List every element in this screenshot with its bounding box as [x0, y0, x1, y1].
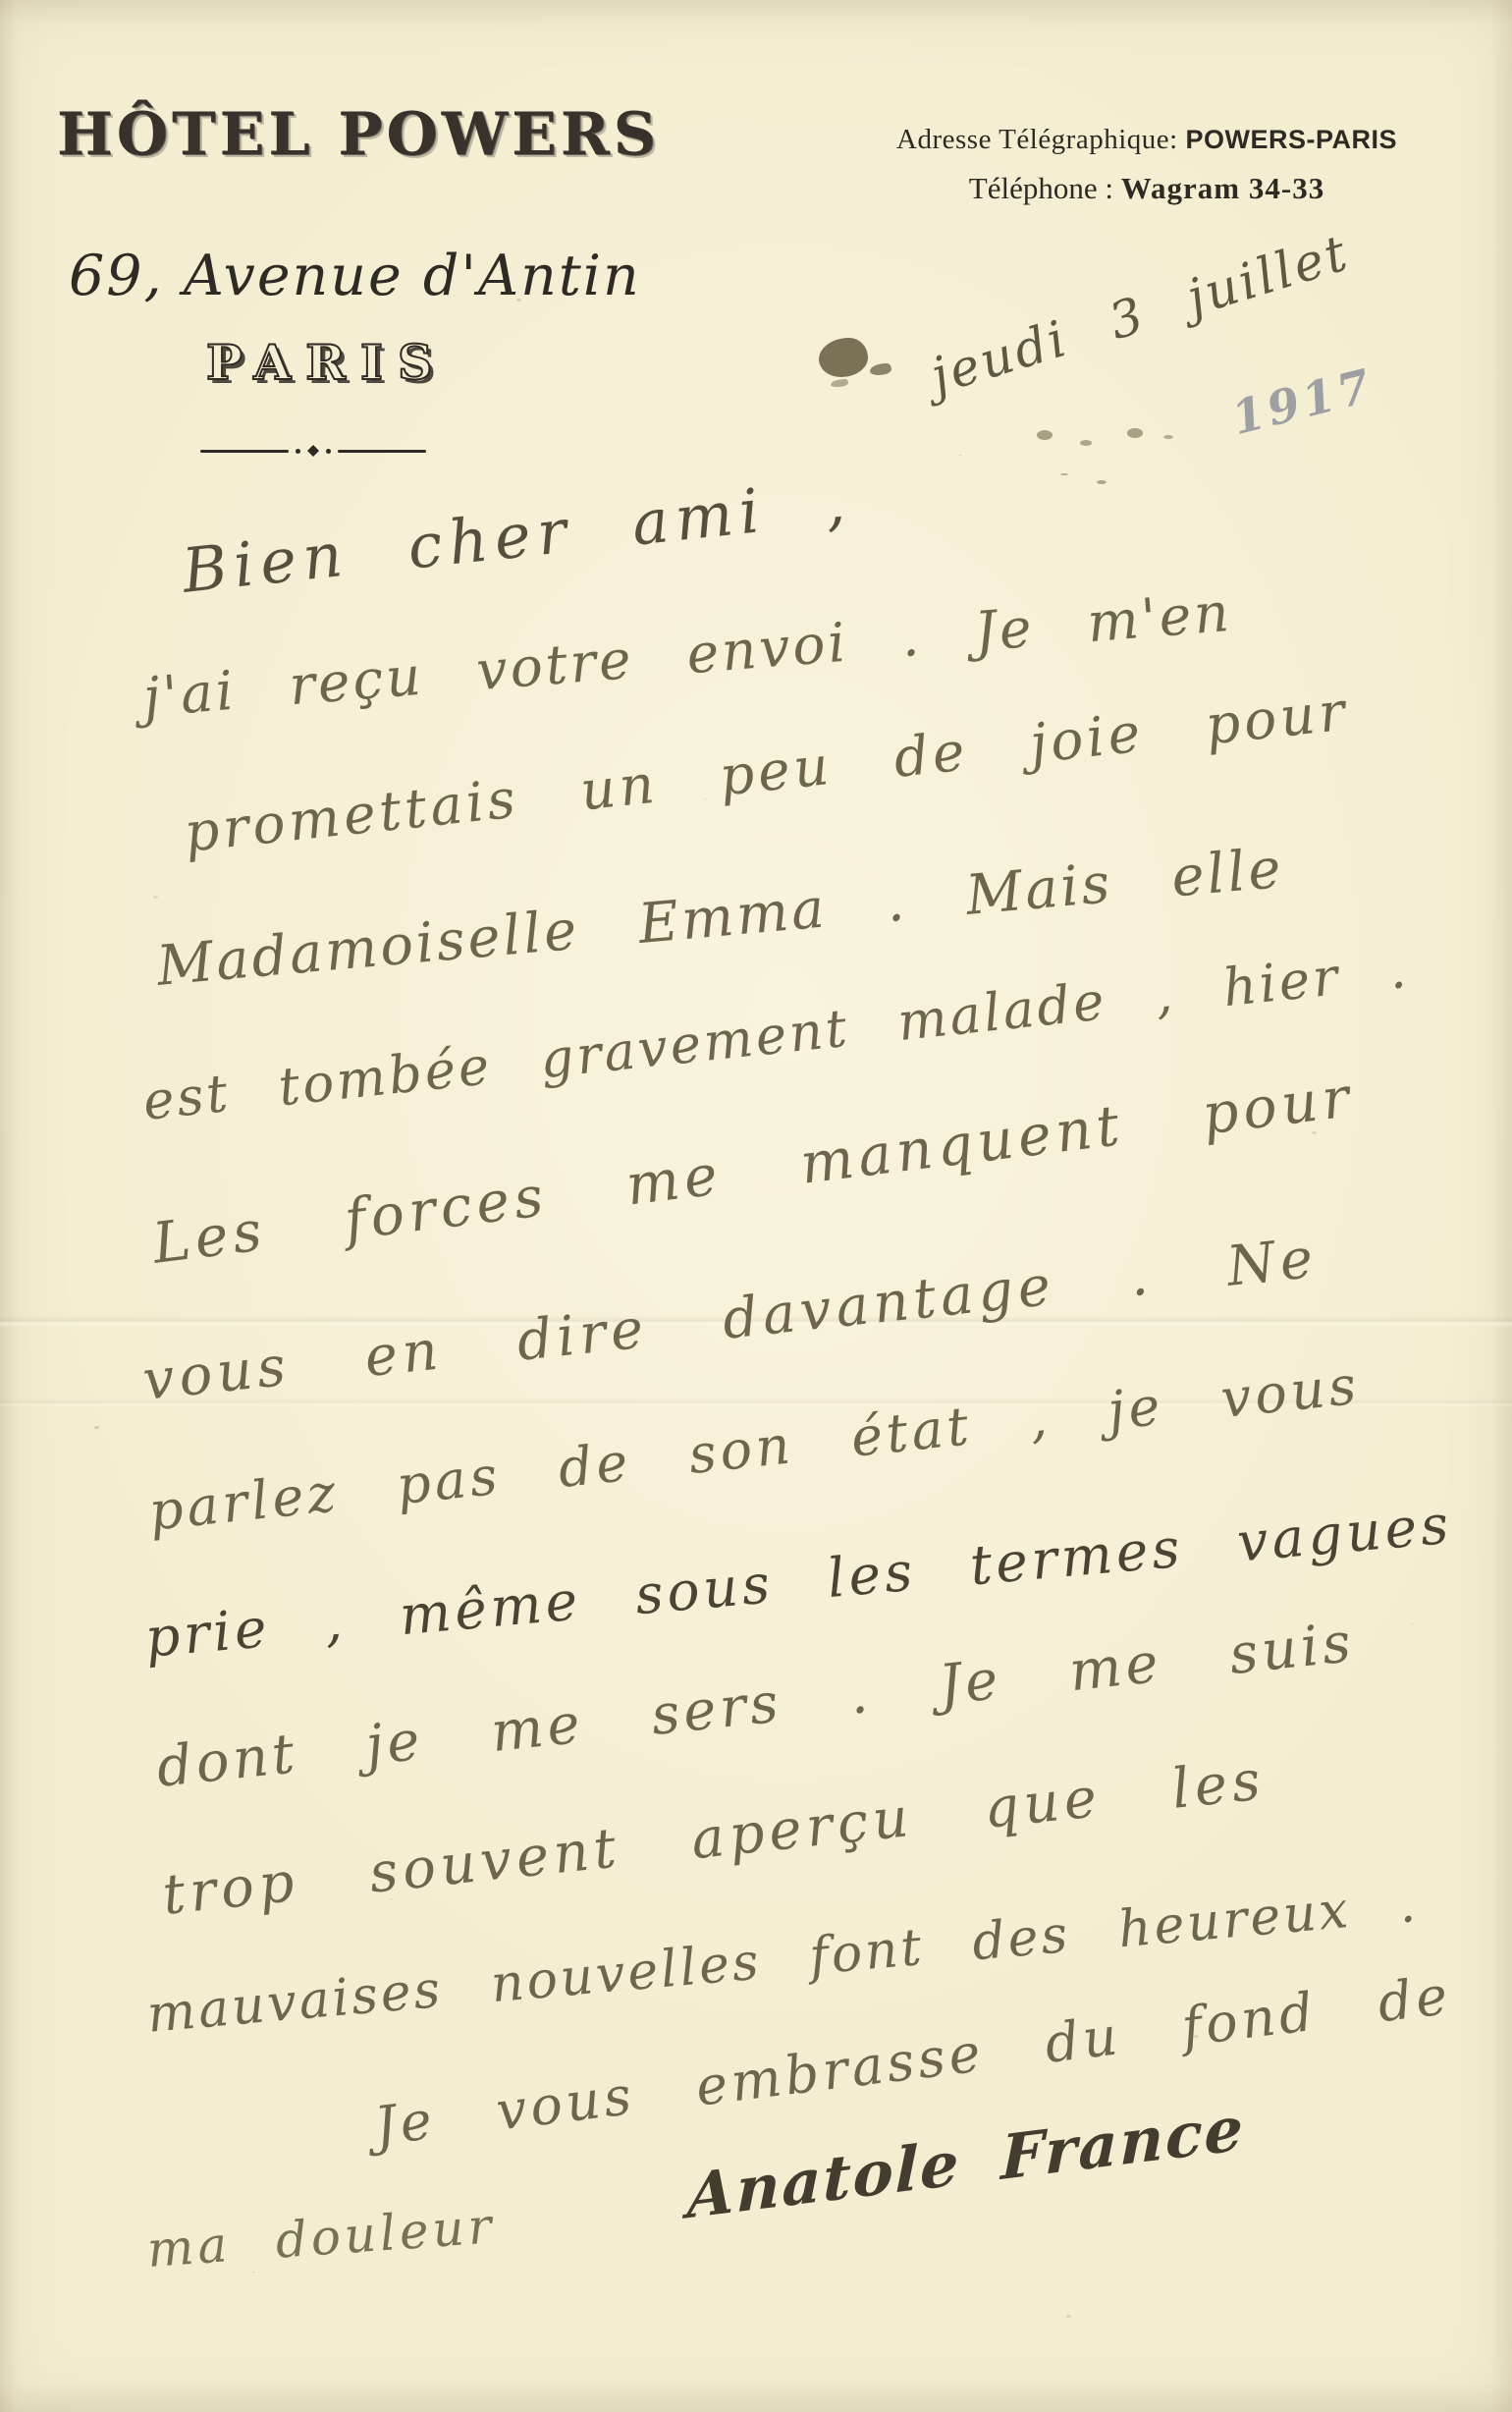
telegraph-label: Adresse Télégraphique: [896, 124, 1178, 155]
paper-fibers [94, 1426, 99, 1429]
divider-dot [326, 449, 331, 454]
telegraph-line: Adresse Télégraphique: POWERS-PARIS [840, 124, 1453, 156]
handwritten-line: ma douleur [145, 2197, 497, 2278]
hotel-address: 69, Avenue d'Antin [69, 244, 641, 308]
telegraph-value: POWERS-PARIS [1185, 125, 1397, 154]
handwritten-line: j'ai reçu votre envoi . Je m'en [140, 580, 1233, 729]
hotel-city: PARIS [206, 334, 447, 391]
divider-rule [200, 450, 289, 453]
divider-dot [296, 449, 300, 454]
phone-label: Téléphone : [969, 171, 1113, 205]
diamond-ornament-icon [307, 445, 319, 457]
hotel-name: HÔTEL POWERS [57, 100, 660, 169]
scanned-letter-page: HÔTEL POWERS 69, Avenue d'Antin PARIS Ad… [0, 0, 1512, 2412]
ink-blot [819, 338, 868, 377]
ink-smudge [1037, 430, 1053, 440]
phone-line: Téléphone : Wagram 34-33 [840, 171, 1453, 206]
handwritten-year-pencil: 1917 [1226, 358, 1379, 446]
contact-block: Adresse Télégraphique: POWERS-PARIS Télé… [840, 124, 1453, 206]
phone-value: Wagram 34-33 [1121, 171, 1324, 205]
signature: Anatole France [686, 2092, 1245, 2232]
divider-rule [338, 450, 426, 453]
ornament-divider [200, 444, 426, 458]
handwritten-line: Bien cher ami , [179, 466, 854, 607]
